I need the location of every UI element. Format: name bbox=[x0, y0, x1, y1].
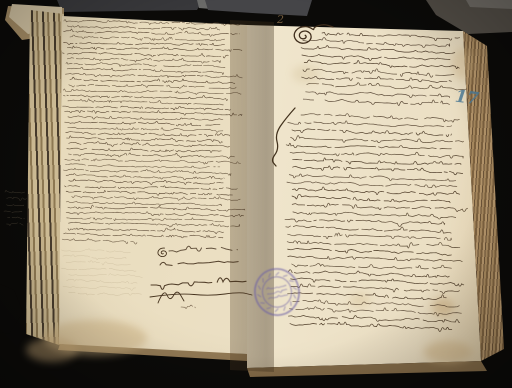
manuscript-photo: 2 17 bbox=[0, 0, 512, 388]
photo-vignette bbox=[0, 0, 512, 388]
